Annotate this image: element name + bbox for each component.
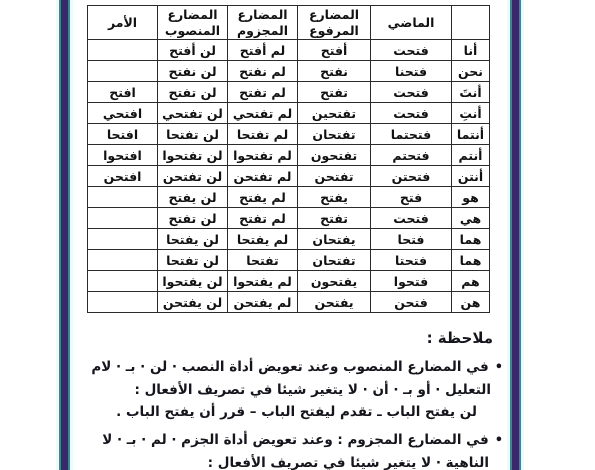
table-row: هما فتحتا تفتحان تفتحا لن تفتحا xyxy=(88,250,490,271)
worksheet-page: الماضي المضارع المرفوع المضارع المجزوم ا… xyxy=(0,0,595,470)
table-row: أنا فتحت أفتح لم أفتح لن أفتح xyxy=(88,40,490,61)
present-jussive-cell: لم يفتحا xyxy=(228,229,298,250)
note-bullet-subjunctive: •في المضارع المنصوب وعند تعويض أداة النص… xyxy=(95,356,503,379)
present-indicative-cell: نفتح xyxy=(298,61,371,82)
note-text-continuation: التعليل · أو بـ · أن · لا يتغير شيئا في … xyxy=(95,379,503,401)
right-border-stripe-decoration xyxy=(507,0,524,470)
present-jussive-cell: لم تفتح xyxy=(228,208,298,229)
pronoun-cell: هما xyxy=(452,250,490,271)
past-cell: فتحت xyxy=(371,208,452,229)
pronoun-cell: هم xyxy=(452,271,490,292)
past-cell: فتحتما xyxy=(371,124,452,145)
table-row: نحن فتحنا نفتح لم نفتح لن نفتح xyxy=(88,61,490,82)
present-indicative-cell: تفتحن xyxy=(298,166,371,187)
past-cell: فتح xyxy=(371,187,452,208)
table-row: هما فتحا يفتحان لم يفتحا لن يفتحا xyxy=(88,229,490,250)
note-text: في المضارع المنصوب وعند تعويض أداة النصب… xyxy=(91,359,488,375)
pronoun-cell: هو xyxy=(452,187,490,208)
present-jussive-cell: لم أفتح xyxy=(228,40,298,61)
present-subjunctive-cell: لن يفتحوا xyxy=(158,271,228,292)
past-cell: فتحتن xyxy=(371,166,452,187)
pronoun-cell: نحن xyxy=(452,61,490,82)
present-jussive-cell: لم نفتح xyxy=(228,61,298,82)
present-indicative-cell: تفتحين xyxy=(298,103,371,124)
present-indicative-cell: تفتحان xyxy=(298,124,371,145)
pronoun-cell: أنتَ xyxy=(452,82,490,103)
past-cell: فتحوا xyxy=(371,271,452,292)
table-row: أنتِ فتحت تفتحين لم تفتحي لن تفتحي افتحي xyxy=(88,103,490,124)
imperative-cell xyxy=(88,229,158,250)
col-header-past: الماضي xyxy=(371,6,452,40)
present-subjunctive-cell: لن يفتحا xyxy=(158,229,228,250)
imperative-cell xyxy=(88,187,158,208)
past-cell: فتحتا xyxy=(371,250,452,271)
present-indicative-cell: يفتحون xyxy=(298,271,371,292)
imperative-cell xyxy=(88,40,158,61)
present-jussive-cell: لم يفتحوا xyxy=(228,271,298,292)
present-jussive-cell: لم تفتحي xyxy=(228,103,298,124)
imperative-cell xyxy=(88,61,158,82)
present-indicative-cell: تفتح xyxy=(298,208,371,229)
present-jussive-cell: لم تفتحا xyxy=(228,124,298,145)
pronoun-cell: أنتِ xyxy=(452,103,490,124)
pronoun-cell: أنتن xyxy=(452,166,490,187)
pronoun-cell: هن xyxy=(452,292,490,313)
present-jussive-cell: تفتحا xyxy=(228,250,298,271)
pronoun-cell: أنتما xyxy=(452,124,490,145)
pronoun-cell: هما xyxy=(452,229,490,250)
imperative-cell xyxy=(88,271,158,292)
past-cell: فتحتم xyxy=(371,145,452,166)
past-cell: فتحت xyxy=(371,103,452,124)
col-header-present-jussive: المضارع المجزوم xyxy=(228,6,298,40)
table-row: أنتم فتحتم تفتحون لم تفتحوا لن تفتحوا اف… xyxy=(88,145,490,166)
present-indicative-cell: تفتحون xyxy=(298,145,371,166)
table-header-row: الماضي المضارع المرفوع المضارع المجزوم ا… xyxy=(88,6,490,40)
present-subjunctive-cell: لن تفتحا xyxy=(158,250,228,271)
present-jussive-cell: لم تفتحوا xyxy=(228,145,298,166)
table-row: أنتن فتحتن تفتحن لم تفتحن لن تفتحن افتحن xyxy=(88,166,490,187)
present-indicative-cell: أفتح xyxy=(298,40,371,61)
left-border-stripe-decoration xyxy=(56,0,73,470)
imperative-cell: افتحن xyxy=(88,166,158,187)
present-subjunctive-cell: لن تفتحوا xyxy=(158,145,228,166)
imperative-cell: افتحوا xyxy=(88,145,158,166)
note-bullet-jussive: •في المضارع المجزوم : وعند تعويض أداة ال… xyxy=(95,429,503,452)
past-cell: فتحا xyxy=(371,229,452,250)
note-text-continuation: الناهية · لا يتغير شيئا في تصريف الأفعال… xyxy=(95,452,503,470)
past-cell: فتحن xyxy=(371,292,452,313)
col-header-imperative: الأمر xyxy=(88,6,158,40)
imperative-cell: افتحي xyxy=(88,103,158,124)
present-jussive-cell: لم تفتحن xyxy=(228,166,298,187)
present-jussive-cell: لم يفتحن xyxy=(228,292,298,313)
present-jussive-cell: لم تفتح xyxy=(228,82,298,103)
table-row: هم فتحوا يفتحون لم يفتحوا لن يفتحوا xyxy=(88,271,490,292)
note-example-sentence: لن يفتح الباب ـ تقدم ليفتح الباب – قرر أ… xyxy=(95,401,503,423)
col-header-present-indicative: المضارع المرفوع xyxy=(298,6,371,40)
verb-conjugation-table: الماضي المضارع المرفوع المضارع المجزوم ا… xyxy=(87,5,490,313)
table-row: أنتما فتحتما تفتحان لم تفتحا لن تفتحا اف… xyxy=(88,124,490,145)
present-subjunctive-cell: لن تفتحن xyxy=(158,166,228,187)
table-row: هو فتح يفتح لم يفتح لن يفتح xyxy=(88,187,490,208)
imperative-cell xyxy=(88,208,158,229)
bullet-icon: • xyxy=(495,430,503,452)
present-indicative-cell: يفتحان xyxy=(298,229,371,250)
present-indicative-cell: تفتح xyxy=(298,82,371,103)
present-subjunctive-cell: لن نفتح xyxy=(158,61,228,82)
present-jussive-cell: لم يفتح xyxy=(228,187,298,208)
past-cell: فتحت xyxy=(371,82,452,103)
imperative-cell: افتحا xyxy=(88,124,158,145)
present-subjunctive-cell: لن تفتحا xyxy=(158,124,228,145)
imperative-cell xyxy=(88,250,158,271)
col-header-present-subjunctive: المضارع المنصوب xyxy=(158,6,228,40)
past-cell: فتحنا xyxy=(371,61,452,82)
present-subjunctive-cell: لن تفتح xyxy=(158,208,228,229)
present-subjunctive-cell: لن تفتحي xyxy=(158,103,228,124)
present-subjunctive-cell: لن يفتح xyxy=(158,187,228,208)
pronoun-cell: أنتم xyxy=(452,145,490,166)
past-cell: فتحت xyxy=(371,40,452,61)
imperative-cell: افتح xyxy=(88,82,158,103)
present-indicative-cell: يفتحن xyxy=(298,292,371,313)
table-row: هن فتحن يفتحن لم يفتحن لن يفتحن xyxy=(88,292,490,313)
col-header-pronoun xyxy=(452,6,490,40)
table-row: هي فتحت تفتح لم تفتح لن تفتح xyxy=(88,208,490,229)
pronoun-cell: هي xyxy=(452,208,490,229)
pronoun-cell: أنا xyxy=(452,40,490,61)
notes-section: ملاحظة : •في المضارع المنصوب وعند تعويض … xyxy=(95,327,503,470)
present-subjunctive-cell: لن تفتح xyxy=(158,82,228,103)
notes-title: ملاحظة : xyxy=(95,327,503,349)
present-indicative-cell: يفتح xyxy=(298,187,371,208)
bullet-icon: • xyxy=(495,357,503,379)
imperative-cell xyxy=(88,292,158,313)
note-text: في المضارع المجزوم : وعند تعويض أداة الج… xyxy=(102,432,488,448)
present-subjunctive-cell: لن أفتح xyxy=(158,40,228,61)
present-subjunctive-cell: لن يفتحن xyxy=(158,292,228,313)
table-row: أنتَ فتحت تفتح لم تفتح لن تفتح افتح xyxy=(88,82,490,103)
present-indicative-cell: تفتحان xyxy=(298,250,371,271)
